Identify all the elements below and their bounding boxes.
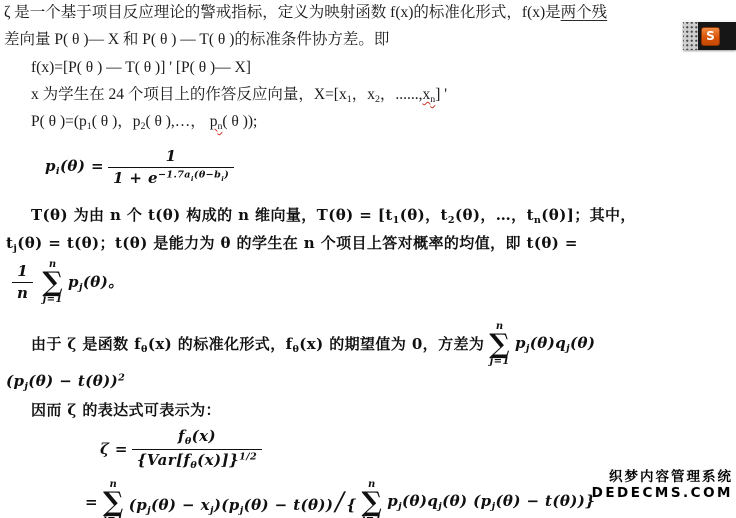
text-segment: θ <box>185 436 192 447</box>
text-segment: 差向量 P( θ )— X 和 P( θ ) — T( θ )的标准条件协方差。… <box>4 31 389 48</box>
watermark-line-cn: 织梦内容管理系统 <box>592 470 733 486</box>
formula-body: pj(θ)qj(θ) <box>515 334 595 354</box>
text-segment: 由于 ζ 是函数 f <box>31 335 141 353</box>
summation-symbol: n ∑ j=1 <box>361 480 382 518</box>
paragraph-line-1: ζ 是一个基于项目反应理论的警戒指标，定义为映射函数 f(x)的标准化形式，f(… <box>4 3 607 24</box>
formula-mean-probability: 1 n n ∑ j=1 pj(θ)。 <box>8 256 124 308</box>
sigma-icon: ∑ <box>361 489 382 516</box>
text-segment: 1 <box>166 147 177 165</box>
text-segment: p <box>68 273 79 291</box>
text-segment: p <box>515 334 526 352</box>
sigma-icon: ∑ <box>489 331 510 358</box>
text-segment: (θ) = <box>60 157 104 175</box>
summation-lower-limit: j=1 <box>103 515 123 518</box>
text-segment: x 为学生在 24 个项目上的作答反应向量，X=[x <box>31 86 347 103</box>
fraction-numerator: fθ(x) <box>132 427 262 450</box>
text-segment: (x) 的期望值为 0，方差为 <box>299 335 484 353</box>
fraction-numerator: 1 <box>108 147 234 168</box>
text-segment: p <box>387 492 398 510</box>
text-segment: ( θ ),…， <box>145 113 209 130</box>
document-page: ζ 是一个基于项目反应理论的警戒指标，定义为映射函数 f(x)的标准化形式，f(… <box>0 0 736 518</box>
fraction-denominator: 1 + e−1.7ai(θ−bi) <box>108 168 234 188</box>
text-segment: (θ)，t <box>400 206 448 224</box>
text-segment: (θ) − x <box>151 496 210 514</box>
formula-lhs: pi(θ) = <box>45 157 104 177</box>
summation-symbol: n ∑ j=1 <box>489 322 510 367</box>
summation-symbol: n ∑ j=1 <box>42 260 63 305</box>
text-segment: (θ) − t(θ)) <box>28 372 118 390</box>
text-segment: 2 <box>118 373 125 384</box>
fraction-denominator: {Var[fθ(x)]}1/2 <box>132 450 262 472</box>
text-segment: 1 <box>393 215 400 226</box>
text-segment: (x)]} <box>197 451 239 469</box>
text-segment: ( θ )，p <box>92 113 141 130</box>
text-segment: f <box>178 427 185 445</box>
watermark-line-en: DEDECMS.COM <box>592 486 733 502</box>
text-segment: (θ) − t(θ))} <box>495 492 595 510</box>
text-segment: ] ' <box>435 86 447 103</box>
text-segment: 两个残 <box>561 4 608 21</box>
text-segment: (p <box>6 372 24 390</box>
sogou-s-icon[interactable]: S <box>701 27 720 46</box>
text-segment: { <box>346 496 356 514</box>
widget-panel[interactable]: S <box>698 22 736 50</box>
text-segment: (θ)，…，t <box>455 206 534 224</box>
summation-lower-limit: j=1 <box>490 357 510 367</box>
paragraph-variance-line-2: (pj(θ) − t(θ))2 <box>6 372 125 392</box>
paragraph-line-2: 差向量 P( θ )— X 和 P( θ ) — T( θ )的标准条件协方差。… <box>4 30 389 51</box>
text-segment: (θ) = t(θ)；t(θ) 是能力为 θ 的学生在 n 个项目上答对概率的均… <box>17 234 578 252</box>
text-segment: (θ) − t(θ)) <box>244 496 334 514</box>
text-segment: (θ)q <box>402 492 438 510</box>
text-segment: = <box>85 493 98 511</box>
paragraph-variance-line-1: 由于 ζ 是函数 fθ(x) 的标准化形式，fθ(x) 的期望值为 0，方差为 … <box>31 320 595 368</box>
text-segment: (θ)。 <box>83 273 124 291</box>
paragraph-text: 由于 ζ 是函数 fθ(x) 的标准化形式，fθ(x) 的期望值为 0，方差为 <box>31 333 484 355</box>
text-segment: θ <box>141 344 148 355</box>
text-segment: (θ) <box>570 334 595 352</box>
formula-body: pj(θ)qj(θ) (pj(θ) − t(θ))} <box>387 492 595 512</box>
paragraph-t-vector-line-2: tj(θ) = t(θ)；t(θ) 是能力为 θ 的学生在 n 个项目上答对概率… <box>6 232 578 254</box>
formula-lhs: ζ = <box>100 440 128 458</box>
text-segment: (p <box>129 496 147 514</box>
paragraph-conclusion-line: 因而 ζ 的表达式可表示为： <box>31 399 221 420</box>
summation-symbol: n ∑ j=1 <box>103 480 124 518</box>
text-segment: 1/2 <box>239 451 257 462</box>
sogou-floating-widget[interactable]: S <box>683 21 736 50</box>
text-segment: ( θ )); <box>222 113 257 130</box>
text-segment: T(θ) 为由 n 个 t(θ) 构成的 n 维向量，T(θ) = [t <box>31 206 393 224</box>
sigma-icon: ∑ <box>42 269 63 296</box>
text-segment: ζ = <box>100 440 128 458</box>
sigma-icon: ∑ <box>103 489 124 516</box>
formula-body: pj(θ)。 <box>68 271 124 293</box>
summation-lower-limit: j=1 <box>362 515 382 518</box>
fraction: 1 1 + e−1.7ai(θ−bi) <box>108 147 234 188</box>
formula-item-probability: pi(θ) = 1 1 + e−1.7ai(θ−bi) <box>45 142 238 192</box>
text-segment: (θ−b <box>194 169 221 180</box>
formula-body: (pj(θ) − xj)(pj(θ) − t(θ))∕{ <box>129 487 357 517</box>
text-segment: −1.7a <box>158 169 191 180</box>
formula-line-p-vector: P( θ )=(p1( θ )，p2( θ ),…， pn( θ )); <box>31 112 257 133</box>
formula-zeta-expanded: = n ∑ j=1 (pj(θ) − xj)(pj(θ) − t(θ))∕{ n… <box>85 479 595 518</box>
summation-lower-limit: j=1 <box>43 295 63 305</box>
text-segment: ) <box>224 169 229 180</box>
text-segment: {Var[f <box>137 451 190 469</box>
text-segment: ∕ <box>333 487 346 517</box>
text-segment: (x) 的标准化形式，f <box>148 335 293 353</box>
dedecms-watermark: 织梦内容管理系统 DEDECMS.COM <box>592 470 733 501</box>
drag-handle-icon[interactable] <box>683 22 698 50</box>
text-segment: (x) <box>192 427 216 445</box>
text-segment: ζ 是一个基于项目反应理论的警戒指标，定义为映射函数 f(x)的标准化形式，f(… <box>4 4 561 21</box>
text-segment: p <box>45 157 56 175</box>
formula-line-x-vector: x 为学生在 24 个项目上的作答反应向量，X=[x1，x2，......,xn… <box>31 85 447 106</box>
text-segment: P( θ )=(p <box>31 113 87 130</box>
formula-line-fx: f(x)=[P( θ ) — T( θ )] ' [P( θ )— X] <box>31 58 251 79</box>
formula-equals: = <box>85 493 98 511</box>
text-segment: )(p <box>214 496 240 514</box>
text-segment: (θ) (p <box>442 492 491 510</box>
formula-zeta-definition: ζ = fθ(x) {Var[fθ(x)]}1/2 <box>100 424 266 474</box>
text-segment: (θ)]；其中， <box>541 206 636 224</box>
text-segment: (θ)q <box>530 334 566 352</box>
text-segment: ，......, <box>380 86 423 103</box>
text-segment: 1 + e <box>113 169 158 187</box>
paragraph-t-vector-line-1: T(θ) 为由 n 个 t(θ) 构成的 n 维向量，T(θ) = [t1(θ)… <box>31 204 636 226</box>
text-segment: 2 <box>448 215 455 226</box>
text-segment: ，x <box>352 86 375 103</box>
fraction: fθ(x) {Var[fθ(x)]}1/2 <box>132 427 262 472</box>
fraction-denominator: n <box>12 283 33 303</box>
fraction-numerator: 1 <box>12 262 33 283</box>
text-segment: f(x)=[P( θ ) — T( θ )] ' [P( θ )— X] <box>31 59 251 76</box>
fraction: 1 n <box>12 262 33 303</box>
text-segment: 因而 ζ 的表达式可表示为： <box>31 401 221 419</box>
